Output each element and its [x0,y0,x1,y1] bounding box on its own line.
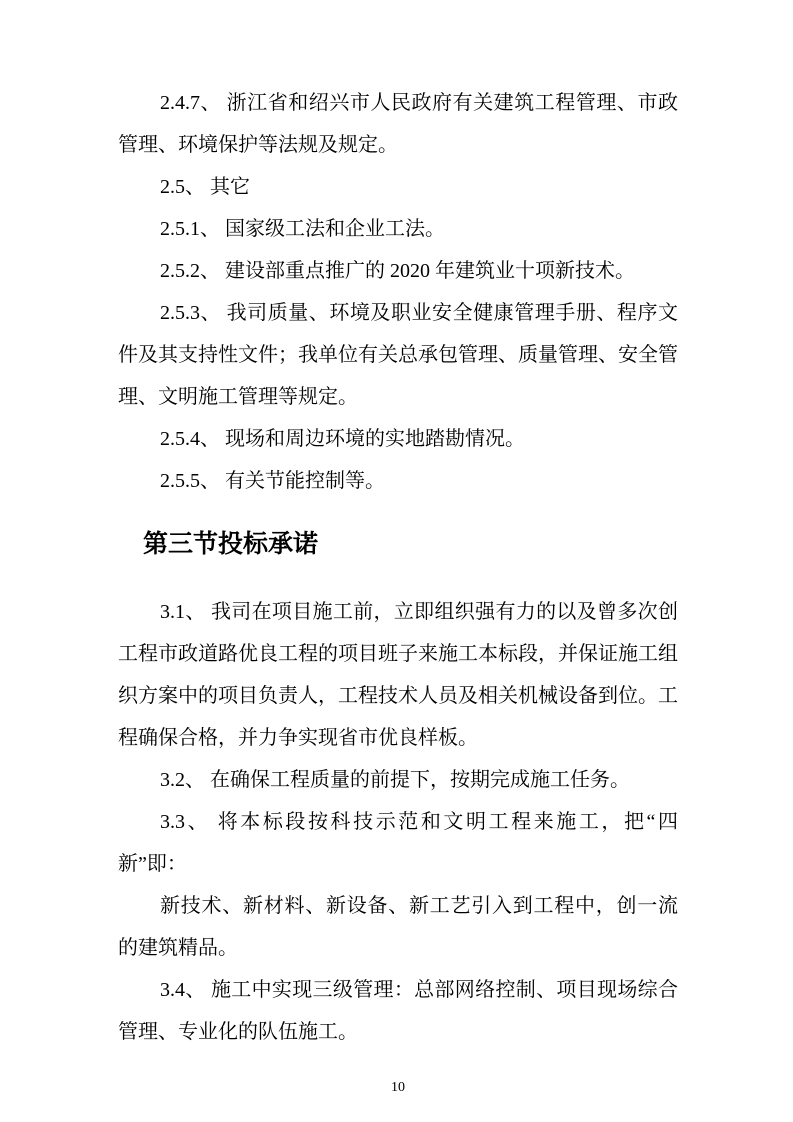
paragraph-3-3: 3.3、 将本标段按科技示范和文明工程来施工，把“四新”即： [118,801,678,885]
document-content: 2.4.7、 浙江省和绍兴市人民政府有关建筑工程管理、市政管理、环境保护等法规及… [118,82,678,1053]
paragraph-2-5-4: 2.5.4、 现场和周边环境的实地踏勘情况。 [118,418,678,460]
paragraph-2-5-2: 2.5.2、 建设部重点推广的 2020 年建筑业十项新技术。 [118,250,678,292]
paragraph-3-1: 3.1、 我司在项目施工前，立即组织强有力的以及曾多次创工程市政道路优良工程的项… [118,591,678,759]
section-heading: 第三节投标承诺 [118,524,678,566]
paragraph-3-3-continued: 新技术、新材料、新设备、新工艺引入到工程中，创一流的建筑精品。 [118,885,678,969]
paragraph-3-2: 3.2、 在确保工程质量的前提下，按期完成施工任务。 [118,759,678,801]
document-page: 2.4.7、 浙江省和绍兴市人民政府有关建筑工程管理、市政管理、环境保护等法规及… [0,0,793,1122]
paragraph-2-5-5: 2.5.5、 有关节能控制等。 [118,460,678,502]
paragraph-2-5: 2.5、 其它 [118,166,678,208]
page-number: 10 [118,1078,678,1098]
paragraph-2-5-3: 2.5.3、 我司质量、环境及职业安全健康管理手册、程序文件及其支持性文件；我单… [118,292,678,418]
paragraph-2-5-1: 2.5.1、 国家级工法和企业工法。 [118,208,678,250]
paragraph-3-4: 3.4、 施工中实现三级管理：总部网络控制、项目现场综合管理、专业化的队伍施工。 [118,969,678,1053]
paragraph-2-4-7: 2.4.7、 浙江省和绍兴市人民政府有关建筑工程管理、市政管理、环境保护等法规及… [118,82,678,166]
